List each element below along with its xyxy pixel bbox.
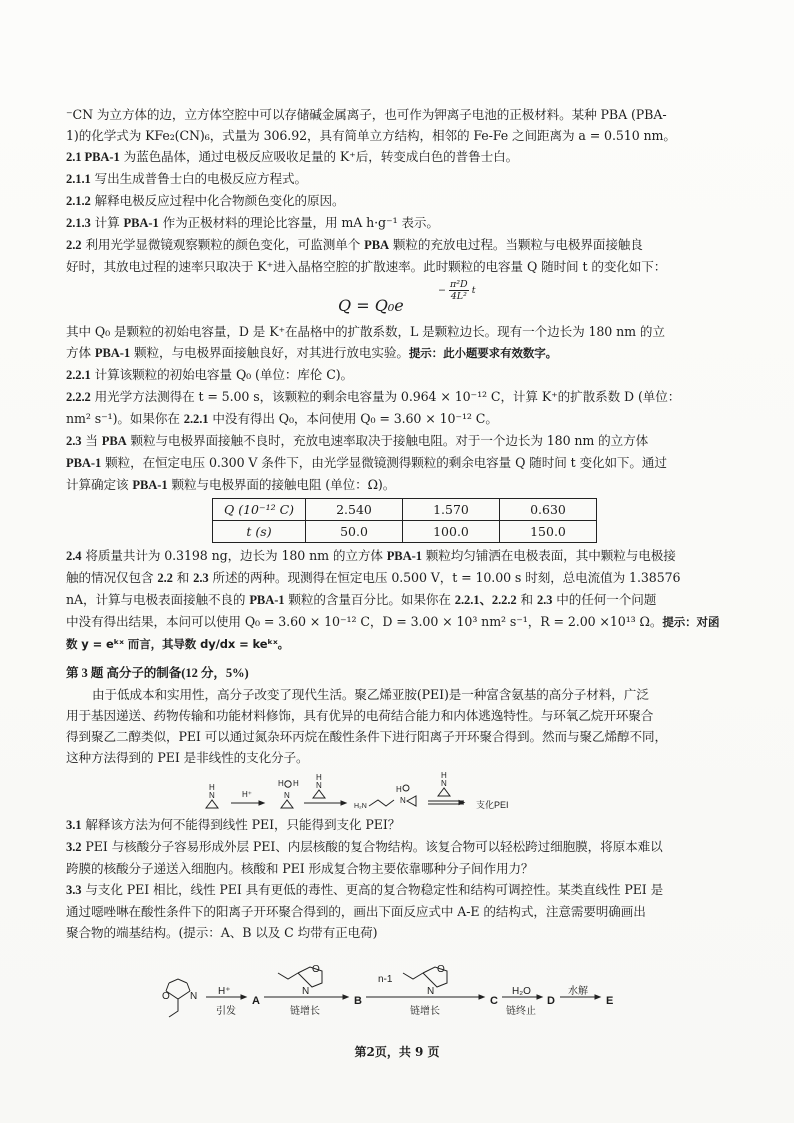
svg-text:H: H	[293, 779, 299, 788]
question-text: 颗粒均匀铺洒在电极表面，其中颗粒与电极接	[422, 548, 676, 563]
svg-text:N: N	[284, 791, 290, 800]
diffusion-equation: Q = Q₀e − π²D 4L² t	[66, 277, 728, 321]
hint-text: 数 y = eᵏˣ 而言，其导数 dy/dx = keᵏˣ。	[66, 637, 289, 651]
question-number: 2.1 PBA-1	[66, 150, 120, 164]
svg-text:N: N	[400, 796, 406, 805]
question-2-1-1: 2.1.1 写出生成普鲁士白的电极反应方程式。	[66, 168, 728, 190]
text-line: 好时，其放电过程的速率只取决于 K⁺进入晶格空腔的扩散速率。此时颗粒的电容量 Q…	[66, 256, 728, 277]
question-number: 2.1.2	[66, 194, 91, 208]
step-label: 引发	[216, 1001, 236, 1022]
table-row: t (s) 50.0 100.0 150.0	[213, 521, 597, 543]
step-label: 水解	[568, 981, 588, 1002]
compound-name: PBA	[102, 434, 127, 448]
question-number: 3.1	[66, 818, 81, 832]
question-3-1: 3.1 解释该方法为何不能得到线性 PEI，只能得到支化 PEI？	[66, 814, 728, 836]
exam-page: ⁻CN 为立方体的边，立方体空腔中可以存储碱金属离子，也可作为钾离子电池的正极材…	[0, 0, 794, 1123]
question-text: 作为正极材料的理论比容量，用 mA h·g⁻¹ 表示。	[159, 215, 439, 230]
compound-D-label: D	[547, 991, 555, 1012]
question-ref: 2.3	[193, 571, 208, 585]
table-row: Q (10⁻¹² C) 2.540 1.570 0.630	[213, 499, 597, 521]
compound-name: PBA-1	[66, 456, 101, 470]
svg-text:H₂N: H₂N	[354, 803, 367, 810]
svg-text:H: H	[396, 785, 402, 794]
step-label: 链增长	[410, 1001, 440, 1022]
question-text: 计算该颗粒的初始电容量 Q₀ (单位：库伦 C)。	[91, 367, 353, 382]
compound-A-label: A	[252, 991, 260, 1012]
table-cell: 100.0	[403, 521, 500, 543]
exponent-fraction: π²D 4L²	[449, 279, 469, 302]
compound-E-label: E	[606, 991, 613, 1012]
paragraph-text: 其中 Q₀ 是颗粒的初始电容量，D 是 K⁺在晶格中的扩散系数，L 是颗粒边长。…	[66, 324, 665, 339]
table-cell: 2.540	[306, 499, 403, 521]
paragraph-text: 颗粒，与电极界面接触良好，对其进行放电实验。	[130, 345, 409, 360]
compound-name: PBA-1	[95, 346, 130, 360]
question-text: 与支化 PEI 相比，线性 PEI 具有更低的毒性、更高的复合物稳定性和结构可调…	[81, 882, 663, 897]
svg-text:N: N	[441, 779, 447, 788]
paragraph-text: 好时，其放电过程的速率只取决于 K⁺进入晶格空腔的扩散速率。此时颗粒的电容量 Q…	[66, 259, 666, 274]
paragraph-text: 得到聚乙二醇类似，PEI 可以通过氮杂环丙烷在酸性条件下进行阳离子开环聚合得到。…	[66, 726, 728, 747]
question-ref: 2.2	[157, 571, 172, 585]
compound-B-label: B	[354, 991, 362, 1012]
paragraph-text: 中没有得出 Q₀，本问使用 Q₀ = 3.60 × 10⁻¹² C。	[208, 411, 497, 426]
paragraph-text: 用于基因递送、药物传输和功能材料修饰，具有优异的电荷结合能力和内体逃逸特性。与环…	[66, 705, 728, 726]
paragraph-text: nA，计算与电极表面接触不良的	[66, 592, 249, 607]
question-ref: 2.3	[537, 593, 552, 607]
table-header: Q (10⁻¹² C)	[213, 499, 306, 521]
question-2-2-2: 2.2.2 用光学方法测得在 t = 5.00 s，该颗粒的剩余电容量为 0.9…	[66, 386, 728, 408]
question-ref: 2.2.1、2.2.2	[455, 593, 517, 607]
step-label: 链增长	[290, 1001, 320, 1022]
atom-label-oxygen: O	[437, 959, 445, 980]
compound-name: PBA-1	[132, 478, 167, 492]
paragraph-text: 颗粒，在恒定电压 0.300 V 条件下，由光学显微镜测得颗粒的剩余电容量 Q …	[101, 455, 667, 470]
question-2-4: 2.4 将质量共计为 0.3198 ng，边长为 180 nm 的立方体 PBA…	[66, 545, 728, 567]
text-line: 跨膜的核酸分子递送入细胞内。核酸和 PEI 形成复合物主要依靠哪种分子间作用力？	[66, 858, 728, 879]
reagent-label: H⁺	[242, 784, 252, 805]
question-2-2-1: 2.2.1 计算该颗粒的初始电容量 Q₀ (单位：库伦 C)。	[66, 364, 728, 386]
question-number: 2.2.2	[66, 390, 91, 404]
text-line: 通过噁唑啉在酸性条件下的阳离子开环聚合得到的，画出下面反应式中 A-E 的结构式…	[66, 901, 728, 922]
question-text: 写出生成普鲁士白的电极反应方程式。	[91, 171, 307, 186]
paragraph-text: 中没有得出结果，本问可以使用 Q₀ = 3.60 × 10⁻¹² C，D = 3…	[66, 614, 662, 629]
question-text: PEI 与核酸分子容易形成外层 PEI、内层核酸的复合物结构。该复合物可以轻松跨…	[81, 839, 662, 854]
fraction-numerator: π²D	[449, 279, 469, 291]
atom-label-nitrogen: N	[427, 981, 434, 1002]
question-number: 2.2.1	[66, 368, 91, 382]
question-text: 解释该方法为何不能得到线性 PEI，只能得到支化 PEI？	[81, 817, 400, 832]
table-header: t (s)	[213, 521, 306, 543]
text-line: 触的情况仅包含 2.2 和 2.3 所述的两种。现测得在恒定电压 0.500 V…	[66, 567, 728, 589]
compound-name: PBA-1	[387, 549, 422, 563]
text-line: 数 y = eᵏˣ 而言，其导数 dy/dx = keᵏˣ。	[66, 633, 728, 655]
atom-label-nitrogen: N	[190, 986, 197, 1007]
question-2-1: 2.1 PBA-1 为蓝色晶体，通过电极反应吸收足量的 K⁺后，转变成白色的普鲁…	[66, 146, 728, 168]
paragraph-text: 颗粒与电极界面的接触电阻 (单位：Ω)。	[168, 477, 396, 492]
question-text: 用光学方法测得在 t = 5.00 s，该颗粒的剩余电容量为 0.964 × 1…	[91, 389, 681, 404]
hint-text: 提示：此小题要求有效数字。	[409, 346, 557, 360]
svg-text:N: N	[209, 791, 215, 800]
question-number: 2.3	[66, 434, 81, 448]
question-text: 将质量共计为 0.3198 ng，边长为 180 nm 的立方体	[81, 548, 386, 563]
text-line: 方体 PBA-1 颗粒，与电极界面接触良好，对其进行放电实验。提示：此小题要求有…	[66, 342, 728, 364]
question-text: 颗粒与电极界面接触不良时，充放电速率取决于接触电阻。对于一个边长为 180 nm…	[127, 433, 648, 448]
step-label: 链终止	[506, 1001, 536, 1022]
oxazoline-polymerization-scheme: O N H⁺ 引发 A O N 链增长 B n-1 O N 链增长 C H₂O …	[66, 953, 728, 1049]
atom-label-oxygen: O	[162, 986, 170, 1007]
question-2-1-3: 2.1.3 计算 PBA-1 作为正极材料的理论比容量，用 mA h·g⁻¹ 表…	[66, 212, 728, 234]
text-line: 1)的化学式为 KFe₂(CN)₆，式量为 306.92，具有简单立方结构，相邻…	[66, 125, 728, 146]
stoichiometry-label: n-1	[378, 969, 392, 990]
question-2-2: 2.2 利用光学显微镜观察颗粒的颜色变化，可监测单个 PBA 颗粒的充放电过程。…	[66, 234, 728, 256]
atom-label-oxygen: O	[312, 959, 320, 980]
text-line: nA，计算与电极表面接触不良的 PBA-1 颗粒的含量百分比。如果你在 2.2.…	[66, 589, 728, 611]
question-3-2: 3.2 PEI 与核酸分子容易形成外层 PEI、内层核酸的复合物结构。该复合物可…	[66, 836, 728, 858]
text-line: 计算确定该 PBA-1 颗粒与电极界面的接触电阻 (单位：Ω)。	[66, 474, 728, 496]
compound-name: PBA-1	[124, 216, 159, 230]
question-text: 当	[81, 433, 101, 448]
atom-label-nitrogen: N	[302, 981, 309, 1002]
question-text: 计算	[91, 215, 124, 230]
question-3-3: 3.3 与支化 PEI 相比，线性 PEI 具有更低的毒性、更高的复合物稳定性和…	[66, 879, 728, 901]
table-cell: 150.0	[500, 521, 597, 543]
paragraph-text: 所述的两种。现测得在恒定电压 0.500 V，t = 10.00 s 时刻，总电…	[209, 570, 681, 585]
paragraph-text: 1)的化学式为 KFe₂(CN)₆，式量为 306.92，具有简单立方结构，相邻…	[66, 128, 676, 143]
equation-exponent: − π²D 4L² t	[438, 279, 476, 302]
compound-C-label: C	[490, 991, 498, 1012]
exponent-variable: t	[472, 285, 476, 296]
question-number: 3.3	[66, 883, 81, 897]
table-cell: 1.570	[403, 499, 500, 521]
text-line: PBA-1 颗粒，在恒定电压 0.300 V 条件下，由光学显微镜测得颗粒的剩余…	[66, 452, 728, 474]
question-text: 利用光学显微镜观察颗粒的颜色变化，可监测单个	[81, 237, 364, 252]
question-text: 为蓝色晶体，通过电极反应吸收足量的 K⁺后，转变成白色的普鲁士白。	[120, 149, 518, 164]
paragraph-text: 计算确定该	[66, 477, 132, 492]
fraction-denominator: 4L²	[449, 291, 469, 302]
question-2-3: 2.3 当 PBA 颗粒与电极界面接触不良时，充放电速率取决于接触电阻。对于一个…	[66, 430, 728, 452]
question-text: 颗粒的充放电过程。当颗粒与电极界面接触良	[389, 237, 643, 252]
paragraph-text: 方体	[66, 345, 95, 360]
text-line: 中没有得出结果，本问可以使用 Q₀ = 3.60 × 10⁻¹² C，D = 3…	[66, 611, 728, 633]
paragraph-text: 这种方法得到的 PEI 是非线性的支化分子。	[66, 747, 728, 768]
charge-time-table: Q (10⁻¹² C) 2.540 1.570 0.630 t (s) 50.0…	[212, 498, 597, 543]
reagent-label: H₂O	[512, 981, 531, 1002]
reagent-label: H⁺	[218, 981, 231, 1002]
text-line: 聚合物的端基结构。(提示：A、B 以及 C 均带有正电荷)	[66, 922, 728, 943]
question-number: 3.2	[66, 840, 81, 854]
section-3-title: 第 3 题 高分子的制备(12 分，5%)	[66, 663, 728, 684]
hint-text: 提示：对函	[662, 615, 719, 629]
table-cell: 50.0	[306, 521, 403, 543]
paragraph-text: 由于低成本和实用性，高分子改变了现代生活。聚乙烯亚胺(PEI)是一种富含氨基的高…	[66, 684, 728, 705]
text-line: nm² s⁻¹)。如果你在 2.2.1 中没有得出 Q₀，本问使用 Q₀ = 3…	[66, 408, 728, 430]
question-ref: 2.2.1	[184, 412, 209, 426]
svg-text:H: H	[278, 779, 284, 788]
svg-text:N: N	[316, 781, 322, 790]
paragraph-text: 中的任何一个问题	[552, 592, 656, 607]
paragraph-text: nm² s⁻¹)。如果你在	[66, 411, 184, 426]
paragraph-text: 颗粒的含量百分比。如果你在	[285, 592, 455, 607]
aziridine-polymerization-scheme: H N H H N H N H₂N	[66, 770, 728, 814]
page-content: ⁻CN 为立方体的边，立方体空腔中可以存储碱金属离子，也可作为钾离子电池的正极材…	[66, 104, 728, 1049]
text-line: 其中 Q₀ 是颗粒的初始电容量，D 是 K⁺在晶格中的扩散系数，L 是颗粒边长。…	[66, 321, 728, 342]
question-text: 解释电极反应过程中化合物颜色变化的原因。	[91, 193, 345, 208]
question-number: 2.1.1	[66, 172, 91, 186]
paragraph-text: 和	[517, 592, 537, 607]
product-label: 支化PEI	[476, 795, 509, 816]
equation-base: Q = Q₀e	[338, 295, 404, 316]
page-footer: 第2页，共 9 页	[0, 1043, 794, 1060]
question-number: 2.2	[66, 238, 81, 252]
paragraph-text: ⁻CN 为立方体的边，立方体空腔中可以存储碱金属离子，也可作为钾离子电池的正极材…	[66, 107, 666, 122]
table-cell: 0.630	[500, 499, 597, 521]
paragraph-text: 和	[173, 570, 193, 585]
exponent-sign: −	[438, 285, 446, 296]
question-2-1-2: 2.1.2 解释电极反应过程中化合物颜色变化的原因。	[66, 190, 728, 212]
question-number: 2.1.3	[66, 216, 91, 230]
aziridine-scheme-graphic: H N H H N H N H₂N	[66, 770, 728, 814]
paragraph-text: 触的情况仅包含	[66, 570, 157, 585]
compound-name: PBA	[364, 238, 389, 252]
question-number: 2.4	[66, 549, 81, 563]
text-line: ⁻CN 为立方体的边，立方体空腔中可以存储碱金属离子，也可作为钾离子电池的正极材…	[66, 104, 728, 125]
compound-name: PBA-1	[249, 593, 284, 607]
